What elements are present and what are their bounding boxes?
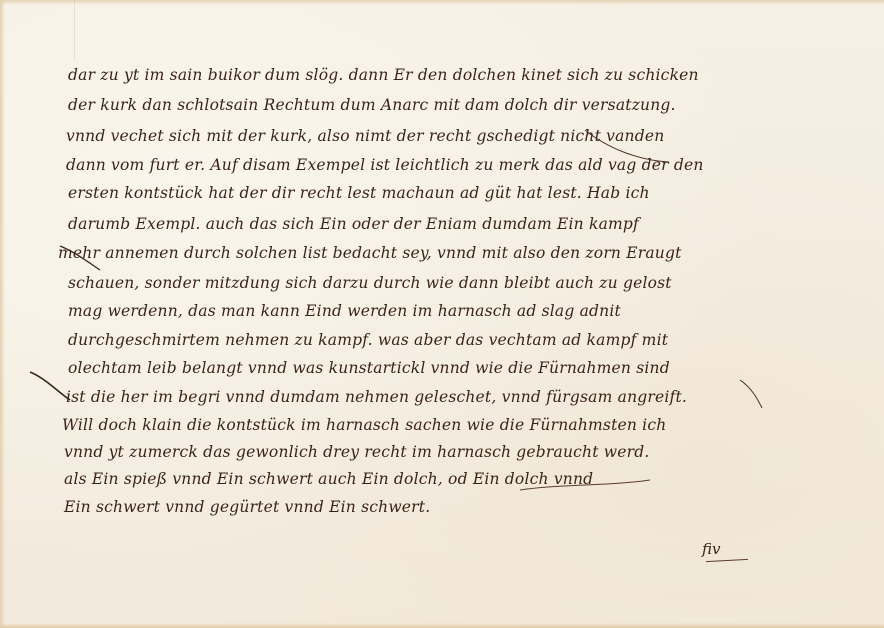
manuscript-line-3: vnnd vechet sich mit der kurk, also nimt… <box>66 127 664 145</box>
manuscript-line-5: ersten kontstück hat der dir recht lest … <box>68 184 650 202</box>
manuscript-line-4: dann vom furt er. Auf disam Exempel ist … <box>66 156 704 174</box>
manuscript-line-14: vnnd yt zumerck das gewonlich drey recht… <box>64 443 649 461</box>
signature-underline <box>706 559 748 562</box>
manuscript-line-8: schauen, sonder mitzdung sich darzu durc… <box>68 274 672 292</box>
manuscript-line-11: olechtam leib belangt vnnd was kunstarti… <box>68 359 670 377</box>
manuscript-line-1: dar zu yt im sain buikor dum slög. dann … <box>68 66 758 84</box>
manuscript-line-13: Will doch klain die kontstück im harnasc… <box>62 416 666 434</box>
manuscript-line-10: durchgeschmirtem nehmen zu kampf. was ab… <box>68 331 668 349</box>
manuscript-line-15: als Ein spieß vnnd Ein schwert auch Ein … <box>64 470 593 488</box>
manuscript-line-7: mehr annemen durch solchen list bedacht … <box>58 244 682 262</box>
folio-signature-mark: fiv <box>702 540 720 558</box>
manuscript-line-9: mag werdenn, das man kann Eind werden im… <box>68 302 621 320</box>
paper-crease <box>74 0 75 60</box>
manuscript-line-16: Ein schwert vnnd gegürtet vnnd Ein schwe… <box>64 498 430 516</box>
manuscript-line-2: der kurk dan schlotsain Rechtum dum Anar… <box>68 96 676 114</box>
manuscript-line-12: ist die her im begri vnnd dumdam nehmen … <box>66 388 687 406</box>
paper-edge-left <box>0 0 5 628</box>
manuscript-page: dar zu yt im sain buikor dum slög. dann … <box>0 0 884 628</box>
manuscript-line-6: darumb Exempl. auch das sich Ein oder de… <box>68 215 639 233</box>
paper-edge-top <box>0 0 884 5</box>
paper-edge-bottom <box>0 623 884 628</box>
